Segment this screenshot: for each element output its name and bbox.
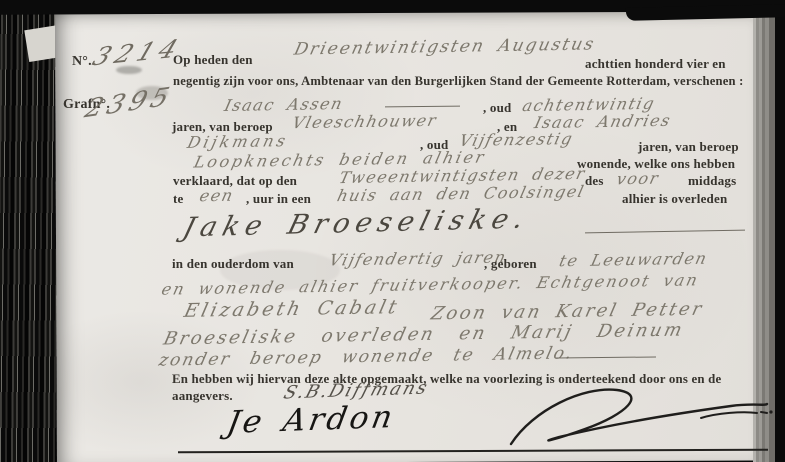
official-signature-flourish (505, 382, 777, 448)
printed-des: des (585, 173, 604, 189)
declarant-signature: Je Ardon (224, 399, 398, 441)
printed-ouderdom: in den ouderdom van (172, 256, 294, 272)
deceased-age-script: Vijfendertig jaren (327, 247, 508, 269)
printed-alhier-overleden: alhier is overleden (622, 191, 727, 207)
printed-middags: middags (688, 173, 736, 189)
death-hour-script: een (198, 186, 236, 206)
printed-op-heden-den: Op heden den (173, 52, 253, 68)
death-daypart-script: voor (615, 169, 662, 189)
declarant2-surname: Dijkmans (186, 131, 291, 152)
printed-achttien-honderd: achttien honderd vier en (585, 56, 726, 72)
printed-jaren-beroep-2: jaren, van beroep (638, 139, 739, 155)
printed-uur-in-een: , uur in een (246, 191, 311, 207)
printed-te: te (173, 191, 184, 207)
spouse-name-script: Elizabeth Cabalt (182, 296, 402, 322)
printed-negentig-ambtenaar: negentig zijn voor ons, Ambtenaar van de… (173, 73, 743, 89)
deceased-birthplace-script: te Leeuwarden (557, 249, 709, 271)
scanned-death-certificate: N°. 3214 Grafn°. 2395 Op heden den Driee… (0, 0, 785, 462)
declarant1-occupation: Vleeschhouwer (290, 111, 439, 133)
printed-oud-1: , oud (483, 100, 511, 116)
printed-geboren: , geboren (484, 256, 537, 272)
printed-aangevers: aangevers. (172, 388, 233, 404)
